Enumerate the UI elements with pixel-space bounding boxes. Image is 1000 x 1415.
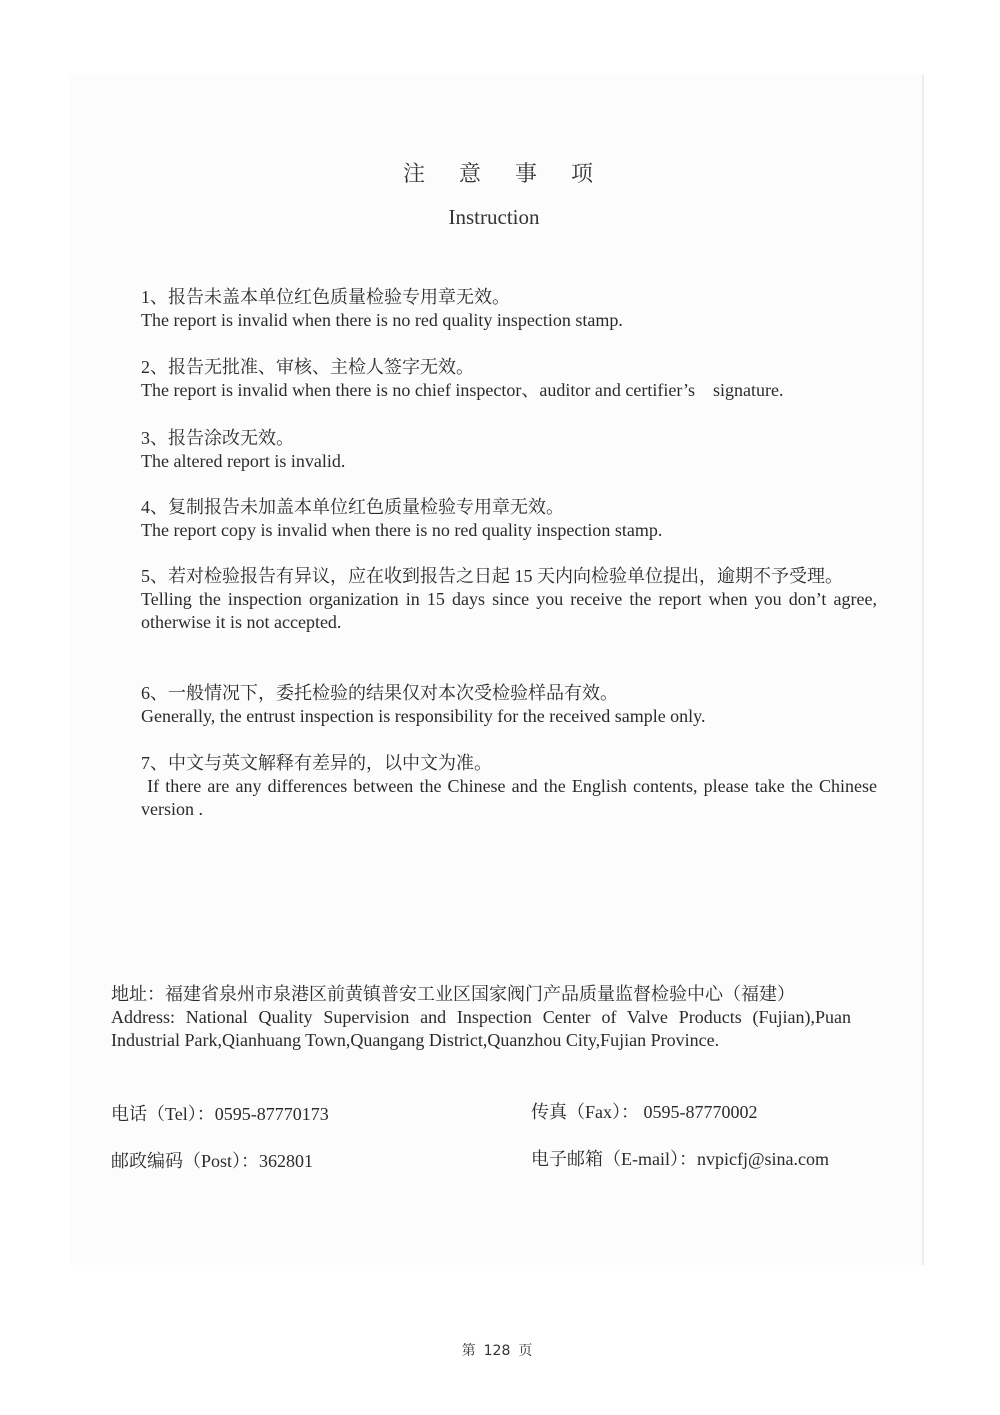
item-cn: 6、一般情况下，委托检验的结果仅对本次受检验样品有效。: [141, 682, 877, 705]
instruction-item-1: 1、报告未盖本单位红色质量检验专用章无效。 The report is inva…: [141, 286, 877, 332]
postcode: 邮政编码（Post）：362801: [111, 1147, 313, 1173]
item-en: The altered report is invalid.: [141, 450, 877, 473]
item-cn: 5、若对检验报告有异议，应在收到报告之日起 15 天内向检验单位提出，逾期不予受…: [141, 565, 877, 588]
page-prefix: 第: [462, 1343, 476, 1359]
item-cn: 7、中文与英文解释有差异的，以中文为准。: [141, 752, 877, 775]
item-cn: 3、报告涂改无效。: [141, 427, 877, 450]
instruction-item-7: 7、中文与英文解释有差异的，以中文为准。 If there are any di…: [141, 752, 877, 821]
address-block: 地址：福建省泉州市泉港区前黄镇普安工业区国家阀门产品质量监督检验中心（福建） A…: [111, 983, 851, 1052]
instruction-item-2: 2、报告无批准、审核、主检人签字无效。 The report is invali…: [141, 356, 881, 402]
item-en: Generally, the entrust inspection is res…: [141, 705, 877, 728]
instruction-item-5: 5、若对检验报告有异议，应在收到报告之日起 15 天内向检验单位提出，逾期不予受…: [141, 565, 877, 634]
item-en: The report copy is invalid when there is…: [141, 519, 877, 542]
item-en: If there are any differences between the…: [141, 775, 877, 821]
page-value: 128: [484, 1343, 511, 1359]
address-cn: 地址：福建省泉州市泉港区前黄镇普安工业区国家阀门产品质量监督检验中心（福建）: [111, 983, 851, 1006]
item-en: The report is invalid when there is no c…: [141, 379, 881, 402]
instruction-item-3: 3、报告涂改无效。 The altered report is invalid.: [141, 427, 877, 473]
title-chinese: 注意事项: [0, 157, 1000, 188]
scanned-page: [70, 75, 922, 1265]
item-cn: 2、报告无批准、审核、主检人签字无效。: [141, 356, 881, 379]
page-number: 第128页: [0, 1340, 994, 1360]
page-suffix: 页: [518, 1343, 532, 1359]
scan-edge-line: [922, 75, 924, 1265]
instruction-item-6: 6、一般情况下，委托检验的结果仅对本次受检验样品有效。 Generally, t…: [141, 682, 877, 728]
item-cn: 1、报告未盖本单位红色质量检验专用章无效。: [141, 286, 877, 309]
item-cn: 4、复制报告未加盖本单位红色质量检验专用章无效。: [141, 496, 877, 519]
fax: 传真（Fax）： 0595-87770002: [531, 1098, 758, 1124]
tel: 电话（Tel）：0595-87770173: [111, 1100, 329, 1126]
address-en: Address: National Quality Supervision an…: [111, 1006, 851, 1052]
item-en: Telling the inspection organization in 1…: [141, 588, 877, 634]
title-english: Instruction: [0, 205, 988, 230]
email: 电子邮箱（E-mail）：nvpicfj@sina.com: [531, 1145, 829, 1171]
instruction-item-4: 4、复制报告未加盖本单位红色质量检验专用章无效。 The report copy…: [141, 496, 877, 542]
item-en: The report is invalid when there is no r…: [141, 309, 877, 332]
